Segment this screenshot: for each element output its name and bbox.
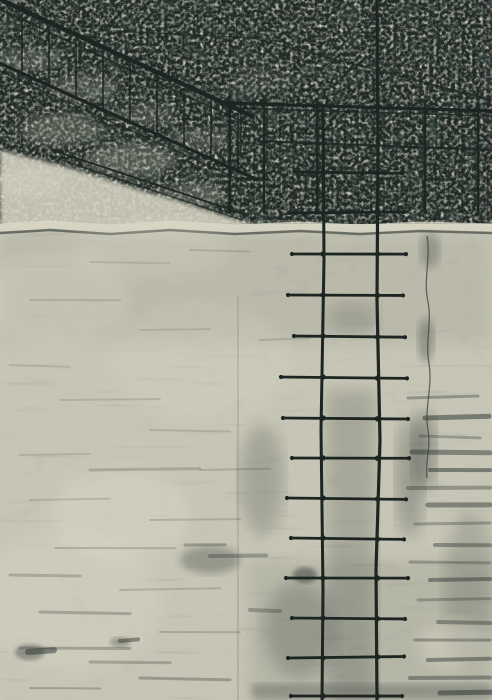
film-grain-overlay: [0, 0, 492, 700]
grain-light: [0, 0, 492, 700]
screenshot-root: [0, 0, 492, 700]
photograph: [0, 0, 492, 700]
